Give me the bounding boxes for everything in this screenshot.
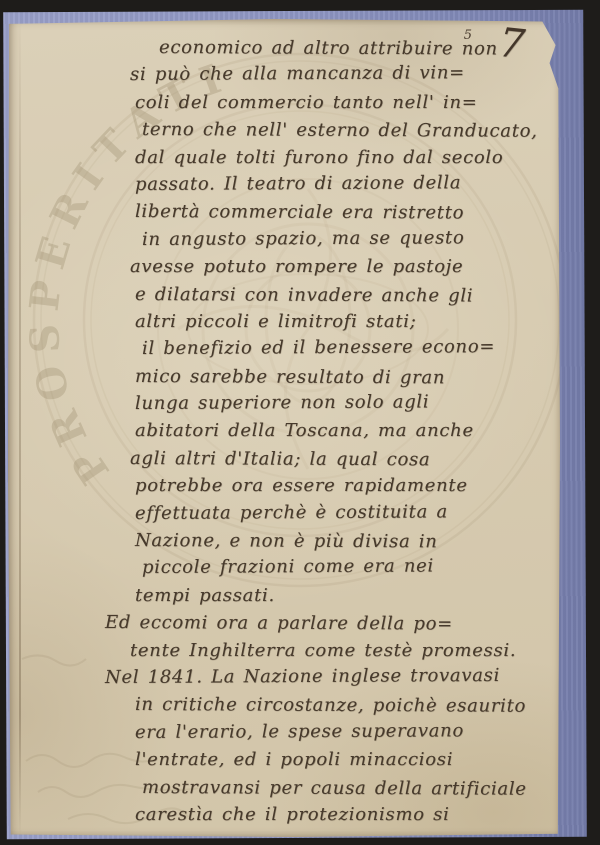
manuscript-line: potrebbe ora essere rapidamente [135, 472, 542, 499]
manuscript-line: tente Inghilterra come testè promessi. [130, 637, 542, 664]
manuscript-line: mostravansi per causa della artificiale [142, 774, 542, 803]
manuscript-line: terno che nell' esterno del Granducato, [142, 116, 542, 145]
manuscript-line: era l'erario, le spese superavano [135, 717, 542, 747]
manuscript-line: effettuata perchè è costituita a [135, 498, 542, 528]
manuscript-line: e dilatarsi con invadere anche gli [135, 281, 542, 310]
manuscript-line: in angusto spazio, ma se questo [142, 224, 542, 253]
manuscript-page: PROSPERITATI 5 7 economico ad altro attr… [8, 19, 560, 837]
manuscript-line: Ed eccomi ora a parlare della po= [105, 609, 542, 638]
manuscript-line: avesse potuto rompere le pastoje [130, 253, 542, 280]
manuscript-line: carestìa che il protezionismo si [135, 801, 542, 828]
manuscript-text: economico ad altro attribuire nonsi può … [8, 19, 560, 828]
manuscript-line: Nel 1841. La Nazione inglese trovavasi [105, 662, 542, 692]
manuscript-line: l'entrate, ed i popoli minacciosi [135, 746, 542, 773]
manuscript-line: coli del commercio tanto nell' in= [135, 89, 542, 116]
manuscript-line: passato. Il teatro di azione della [135, 169, 542, 199]
manuscript-line: piccole frazioni come era nei [142, 552, 542, 581]
manuscript-line: tempi passati. [135, 582, 542, 609]
manuscript-line: lunga superiore non solo agli [135, 388, 542, 418]
manuscript-line: agli altri d'Italia; la qual cosa [130, 445, 542, 474]
manuscript-line: in critiche circostanze, poichè esaurito [135, 691, 542, 720]
manuscript-line: dal quale tolti furono fino dal secolo [135, 144, 542, 171]
manuscript-line: abitatori della Toscana, ma anche [135, 417, 542, 444]
manuscript-line: il benefizio ed il benessere econo= [142, 333, 542, 362]
manuscript-line: libertà commerciale era ristretto [135, 198, 542, 227]
manuscript-line: si può che alla mancanza di vin= [130, 59, 542, 89]
manuscript-line: altri piccoli e limitrofi stati; [135, 308, 542, 335]
